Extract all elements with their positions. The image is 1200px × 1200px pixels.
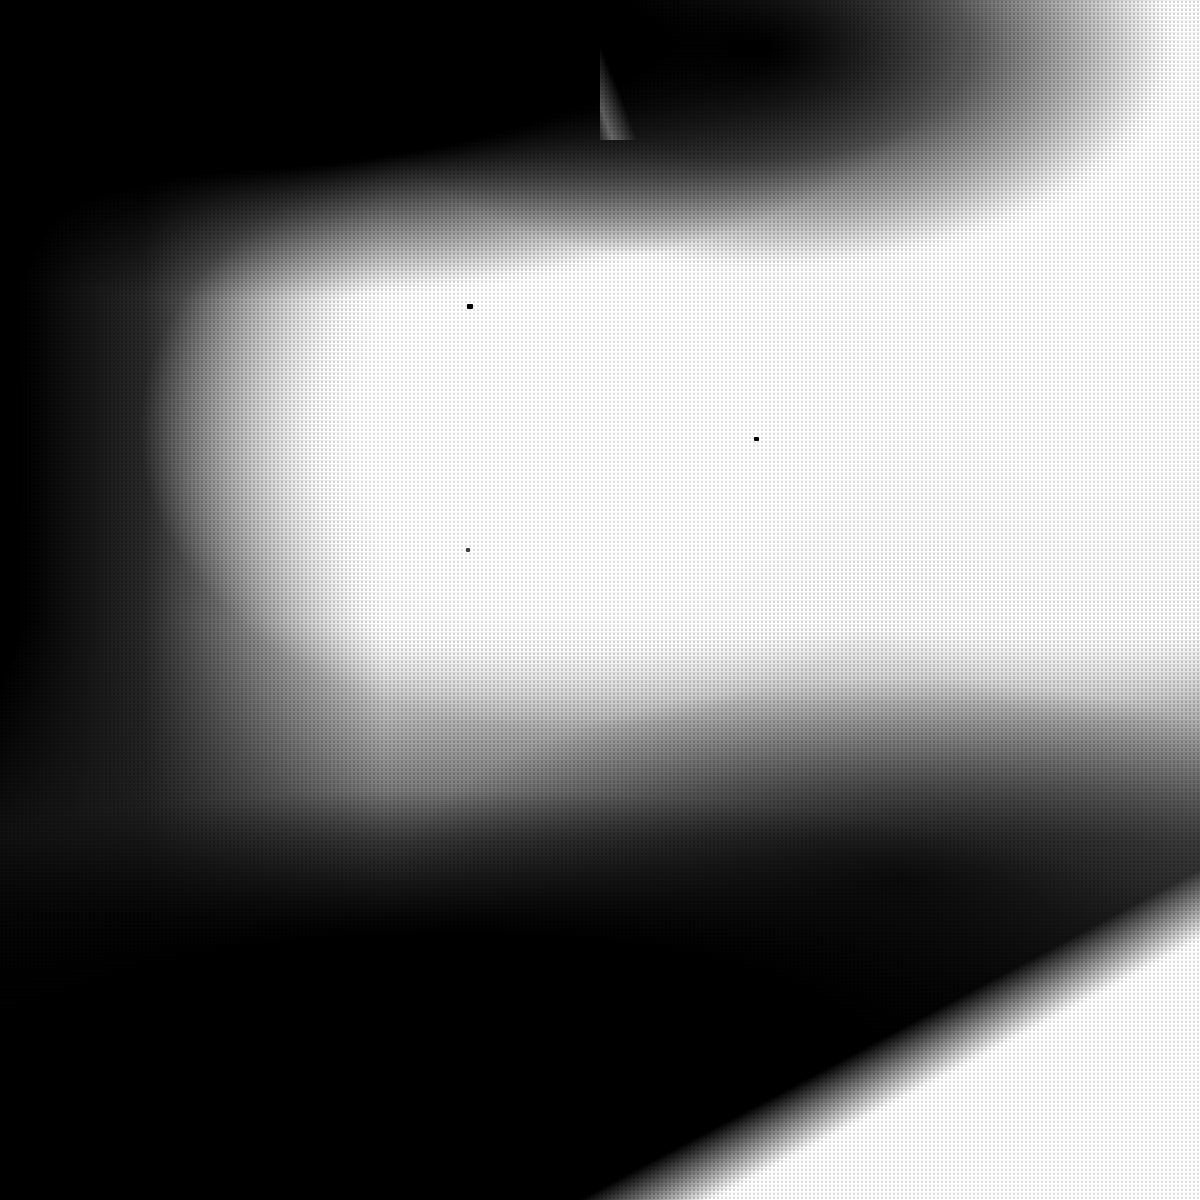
dark-speck	[467, 304, 473, 309]
dark-speck	[466, 548, 470, 552]
dark-speck	[754, 437, 759, 441]
halftone-photograph	[0, 0, 1200, 1200]
halftone-dot-overlay	[0, 0, 1200, 1200]
